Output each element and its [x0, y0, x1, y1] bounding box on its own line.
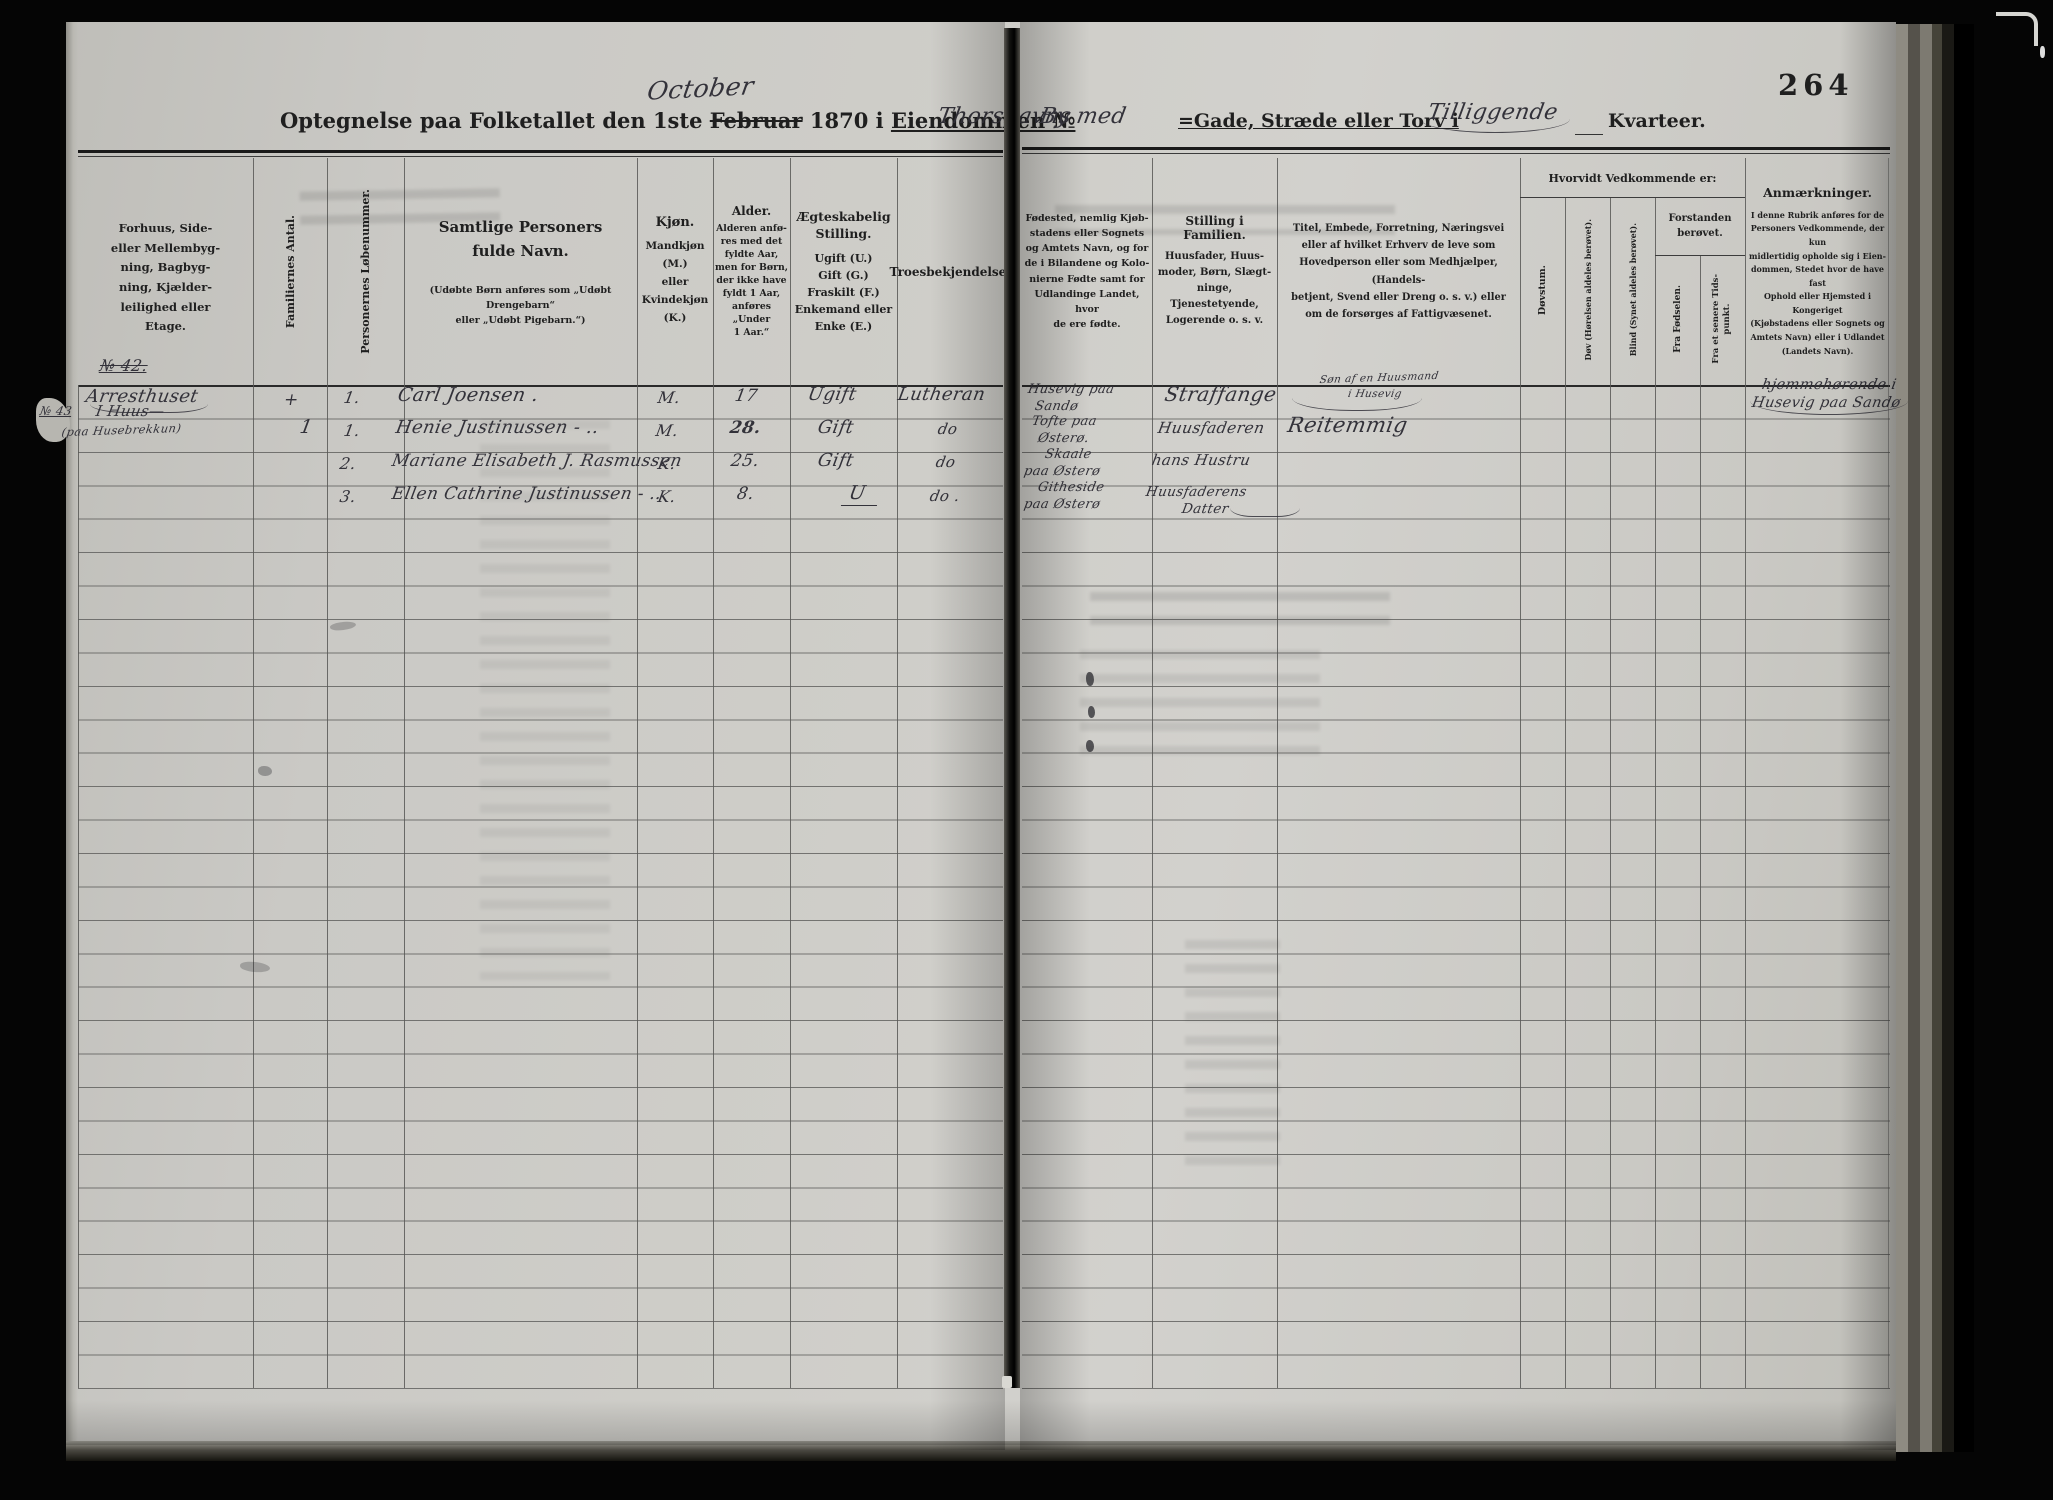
hw-row2-sex: M.	[654, 421, 680, 440]
col-header-dov-label: Døv (Hørelsen aldeles berøvet).	[1583, 219, 1593, 361]
hw-row3-number: 2.	[338, 454, 357, 473]
col-header-aegteskabelig: Ægteskabelig Stilling. Ugift (U.) Gift (…	[790, 158, 897, 385]
col-header-dovstum-label: Døvstum.	[1537, 265, 1548, 315]
hw-row4-status: U	[841, 482, 882, 506]
hw-row2-occupation: Reitemmig	[1286, 413, 1410, 437]
handwritten-kvarter: Tilliggende	[1426, 100, 1560, 125]
hw-row1-name: Carl Joensen .	[396, 384, 540, 406]
ink-mark	[1086, 740, 1094, 752]
ink-mark	[1088, 706, 1095, 718]
bottom-page-edge	[66, 1441, 1896, 1461]
hw-row1-remark-line2: Husevig paa Sandø	[1751, 395, 1902, 411]
col-header-fra-senere-label: Fra et senere Tids- punkt.	[1711, 274, 1733, 364]
bleedthrough-smudge	[480, 420, 610, 980]
bleedthrough-smudge	[1055, 205, 1395, 235]
col-header-titel-label: Titel, Embede, Forretning, Næringsvei el…	[1277, 220, 1520, 323]
hw-row3-faith: do	[934, 453, 957, 471]
hw-row4-age: 8.	[735, 484, 756, 504]
col-header-fra-fodselen-label: Fra Fødselen.	[1673, 285, 1683, 353]
hw-row4-number: 3.	[338, 487, 357, 506]
col-header-hvorvidt-group: Hvorvidt Vedkommende er:	[1520, 160, 1745, 197]
hw-row2-age: 28.	[728, 418, 762, 438]
column-line	[78, 385, 79, 1388]
hw-row2-house-line1: I Huus—	[94, 402, 166, 420]
top-rule-thin	[78, 156, 1003, 157]
hw-row1-number: 1.	[342, 388, 361, 407]
col-header-navn-sub: (Udøbte Børn anføres som „Udøbt Drengeba…	[404, 283, 637, 329]
gutter-notch	[1002, 1376, 1012, 1388]
col-header-aegteskabelig-title: Ægteskabelig Stilling.	[796, 208, 890, 243]
col-header-anmaerkninger-title: Anmærkninger.	[1763, 185, 1872, 200]
col-header-kjon-title: Kjøn.	[656, 215, 695, 230]
page-corner-mark	[2040, 46, 2045, 58]
col-header-dov: Døv (Hørelsen aldeles berøvet).	[1565, 197, 1610, 383]
blank-rule	[1575, 134, 1603, 135]
hw-row2-number: 1.	[342, 421, 361, 440]
col-header-troesbekjendelse-label: Troesbekjendelse.	[890, 265, 1011, 279]
hw-row4-name: Ellen Cathrine Justinussen - ..	[390, 484, 663, 504]
col-header-dovstum: Døvstum.	[1520, 197, 1565, 383]
hw-row3-family-position: hans Hustru	[1150, 451, 1252, 469]
col-header-blind: Blind (Synet aldeles berøvet).	[1610, 197, 1655, 383]
book-gutter	[1004, 28, 1020, 1388]
hw-row3-name: Mariane Elisabeth J. Rasmussen	[390, 451, 683, 471]
top-rule-right-thin	[1022, 153, 1890, 154]
col-header-stilling-body: Huusfader, Huus- moder, Børn, Slægt- nin…	[1152, 249, 1277, 329]
hw-row2-birthplace-line2: Østerø.	[1037, 431, 1091, 446]
hw-row1-note-line2: i Husevig	[1347, 388, 1403, 400]
col-header-stilling: Stilling i Familien. Huusfader, Huus- mo…	[1152, 158, 1277, 385]
col-header-aegteskabelig-body: Ugift (U.) Gift (G.) Fraskilt (F.) Enkem…	[795, 250, 892, 335]
hw-row1-birthplace-line1: Husevig paa	[1027, 382, 1116, 397]
col-header-troesbekjendelse: Troesbekjendelse.	[897, 158, 1003, 385]
hw-row3-birthplace-line1: Skaale	[1044, 447, 1093, 462]
col-header-anmaerkninger-body: I denne Rubrik anføres for de Personers …	[1745, 209, 1890, 359]
hw-row1-remark-line1: hjemmehørende i	[1761, 377, 1898, 393]
bleedthrough-smudge	[1090, 592, 1390, 638]
hw-entry-number-43: № 43	[39, 404, 74, 418]
hw-row4-family-position-line2: Datter	[1181, 501, 1230, 517]
page-number: 264	[1778, 68, 1854, 102]
col-header-titel: Titel, Embede, Forretning, Næringsvei el…	[1277, 158, 1520, 385]
col-header-kjon: Kjøn. Mandkjøn (M.) eller Kvindekjøn (K.…	[637, 158, 713, 385]
hw-row2-name: Henie Justinussen - ..	[394, 417, 600, 438]
title-kvarteer: Kvarteer.	[1608, 110, 1706, 132]
col-header-alder-title: Alder.	[732, 204, 771, 218]
col-header-fodested: Fødested, nemlig Kjøb- stadens eller Sog…	[1022, 158, 1152, 385]
hw-entry-number-42: № 42.	[98, 356, 149, 375]
hw-row1-birthplace-line2: Sandø	[1034, 399, 1080, 414]
hw-row4-faith: do .	[928, 487, 961, 505]
top-rule	[78, 150, 1003, 153]
col-header-alder: Alder. Alderen anfø- res med det fyldte …	[713, 158, 790, 385]
hw-row1-family-position: Straffange	[1163, 382, 1279, 406]
col-header-fra-senere: Fra et senere Tids- punkt.	[1700, 255, 1745, 383]
hw-row3-birthplace-line2: paa Østerø	[1023, 464, 1102, 479]
hw-row2-faith: do	[936, 420, 959, 438]
ink-mark	[258, 766, 272, 776]
col-header-forstanden-label: Forstanden berøvet.	[1668, 211, 1731, 241]
col-header-familiernes-antal-label: Familiernes Antal.	[284, 215, 297, 328]
col-header-kjon-body: Mandkjøn (M.) eller Kvindekjøn (K.)	[637, 238, 713, 327]
col-header-anmaerkninger: Anmærkninger. I denne Rubrik anføres for…	[1745, 158, 1890, 385]
col-header-fra-fodselen: Fra Fødselen.	[1655, 255, 1700, 383]
hw-row3-age: 25.	[729, 451, 761, 471]
bleedthrough-smudge	[1080, 650, 1320, 770]
title-part2: 1870 i	[803, 108, 891, 133]
hw-row1-status: Ugift	[806, 384, 858, 405]
bleedthrough-smudge	[300, 188, 501, 231]
hw-row4-sex: K.	[656, 487, 677, 506]
scanned-census-page: October Optegnelse paa Folketallet den 1…	[0, 0, 2053, 1500]
hw-row4-family-position-line1: Huusfaderens	[1145, 484, 1248, 500]
col-header-alder-body: Alderen anfø- res med det fyldte Aar, me…	[715, 222, 788, 339]
top-rule-right	[1022, 147, 1890, 150]
column-line	[1700, 255, 1701, 1388]
title-gade: =Gade, Stræde eller Torv i	[1178, 110, 1459, 132]
page-corner-highlight	[1996, 12, 2038, 46]
hw-row2-status: Gift	[816, 417, 855, 438]
handwritten-month: October	[645, 71, 756, 105]
hw-row2-family-position: Huusfaderen	[1156, 419, 1266, 437]
hw-row3-status: Gift	[816, 450, 855, 471]
hw-row1-sex: M.	[656, 388, 682, 407]
hw-row2-birthplace-line1: Tofte paa	[1031, 414, 1098, 429]
hw-row4-birthplace-line1: Githeside	[1037, 480, 1106, 495]
hw-row4-birthplace-line2: paa Østerø	[1023, 497, 1102, 512]
right-page-edges	[1896, 24, 1974, 1452]
hw-row3-sex: K.	[656, 454, 677, 473]
col-header-forhuus: Forhuus, Side- eller Mellembyg- ning, Ba…	[80, 178, 251, 378]
bleedthrough-smudge	[1185, 940, 1280, 1175]
left-page-edge	[66, 22, 78, 1450]
hw-row1-faith: Lutheran	[896, 384, 987, 405]
col-header-forhuus-label: Forhuus, Side- eller Mellembyg- ning, Ba…	[111, 219, 220, 336]
col-header-blind-label: Blind (Synet aldeles berøvet).	[1628, 223, 1638, 356]
title-part1: Optegnelse paa Folketallet den 1ste	[280, 108, 710, 133]
title-februar-struck: Februar	[710, 108, 803, 133]
handwritten-by-med: By med	[1038, 104, 1128, 129]
ink-mark	[1086, 672, 1094, 686]
hw-row1-age: 17	[733, 386, 759, 406]
col-header-hvorvidt-label: Hvorvidt Vedkommende er:	[1549, 172, 1717, 185]
col-header-forstanden-group: Forstanden berøvet.	[1655, 197, 1745, 255]
